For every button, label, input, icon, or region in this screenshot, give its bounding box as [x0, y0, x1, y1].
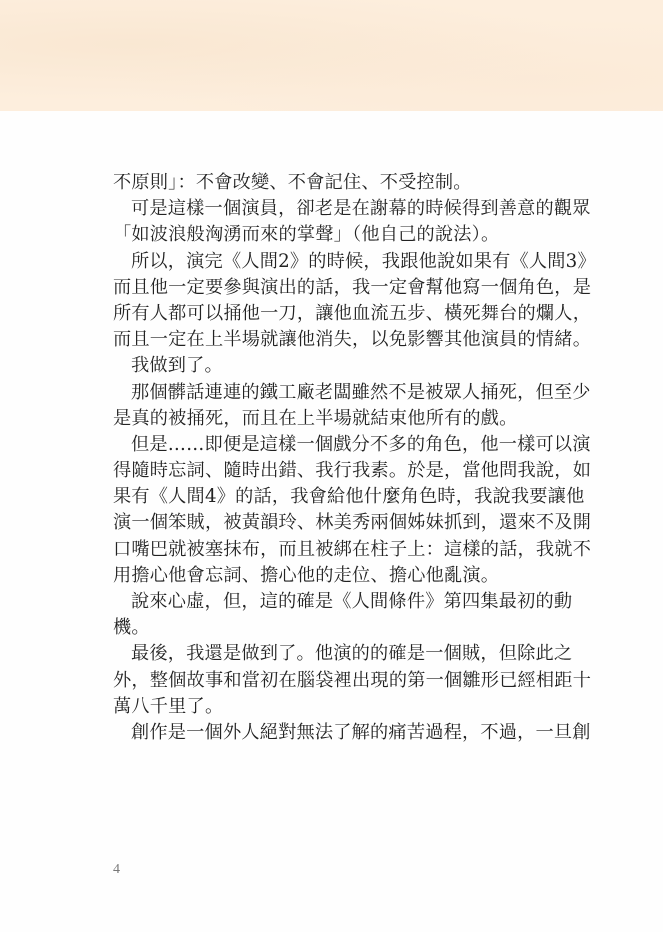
text-line: 可是這樣一個演員，卻老是在謝幕的時候得到善意的觀眾 [113, 196, 553, 222]
text-line: 創作是一個外人絕對無法了解的痛苦過程，不過，一旦創 [113, 720, 553, 746]
text-line: 那個髒話連連的鐵工廠老闆雖然不是被眾人捅死，但至少 [113, 380, 553, 406]
text-line: 萬八千里了。 [113, 694, 553, 720]
text-line: 所有人都可以捅他一刀，讓他血流五步、橫死舞台的爛人， [113, 301, 553, 327]
text-line: 口嘴巴就被塞抹布，而且被綁在柱子上：這樣的話，我就不 [113, 537, 553, 563]
text-line: 演一個笨賊，被黃韻玲、林美秀兩個姊妹抓到，還來不及開 [113, 510, 553, 536]
text-line: 所以，演完《人間2》的時候，我跟他說如果有《人間3》 [113, 249, 553, 275]
page-number: 4 [113, 862, 120, 878]
page-body-text: 不原則」：不會改變、不會記住、不受控制。 可是這樣一個演員，卻老是在謝幕的時候得… [113, 170, 553, 746]
text-line: 說來心虛，但，這的確是《人間條件》第四集最初的動 [113, 589, 553, 615]
text-line: 是真的被捅死，而且在上半場就結束他所有的戲。 [113, 406, 553, 432]
text-line: 我做到了。 [113, 353, 553, 379]
text-line: 而且一定在上半場就讓他消失，以免影響其他演員的情緒。 [113, 327, 553, 353]
text-line: 而且他一定要參與演出的話，我一定會幫他寫一個角色，是 [113, 275, 553, 301]
text-line: 外，整個故事和當初在腦袋裡出現的第一個雛形已經相距十 [113, 668, 553, 694]
text-line: 用擔心他會忘詞、擔心他的走位、擔心他亂演。 [113, 563, 553, 589]
text-line: 不原則」：不會改變、不會記住、不受控制。 [113, 170, 553, 196]
text-line: 機。 [113, 615, 553, 641]
text-line: 最後，我還是做到了。他演的的確是一個賊，但除此之 [113, 641, 553, 667]
text-line: 得隨時忘詞、隨時出錯、我行我素。於是，當他問我說，如 [113, 458, 553, 484]
text-line: 「如波浪般洶湧而來的掌聲」（他自己的說法）。 [113, 222, 553, 248]
text-line: 但是……即便是這樣一個戲分不多的角色，他一樣可以演 [113, 432, 553, 458]
decorative-header-band [0, 0, 663, 111]
text-line: 果有《人間4》的話，我會給他什麼角色時，我說我要讓他 [113, 484, 553, 510]
